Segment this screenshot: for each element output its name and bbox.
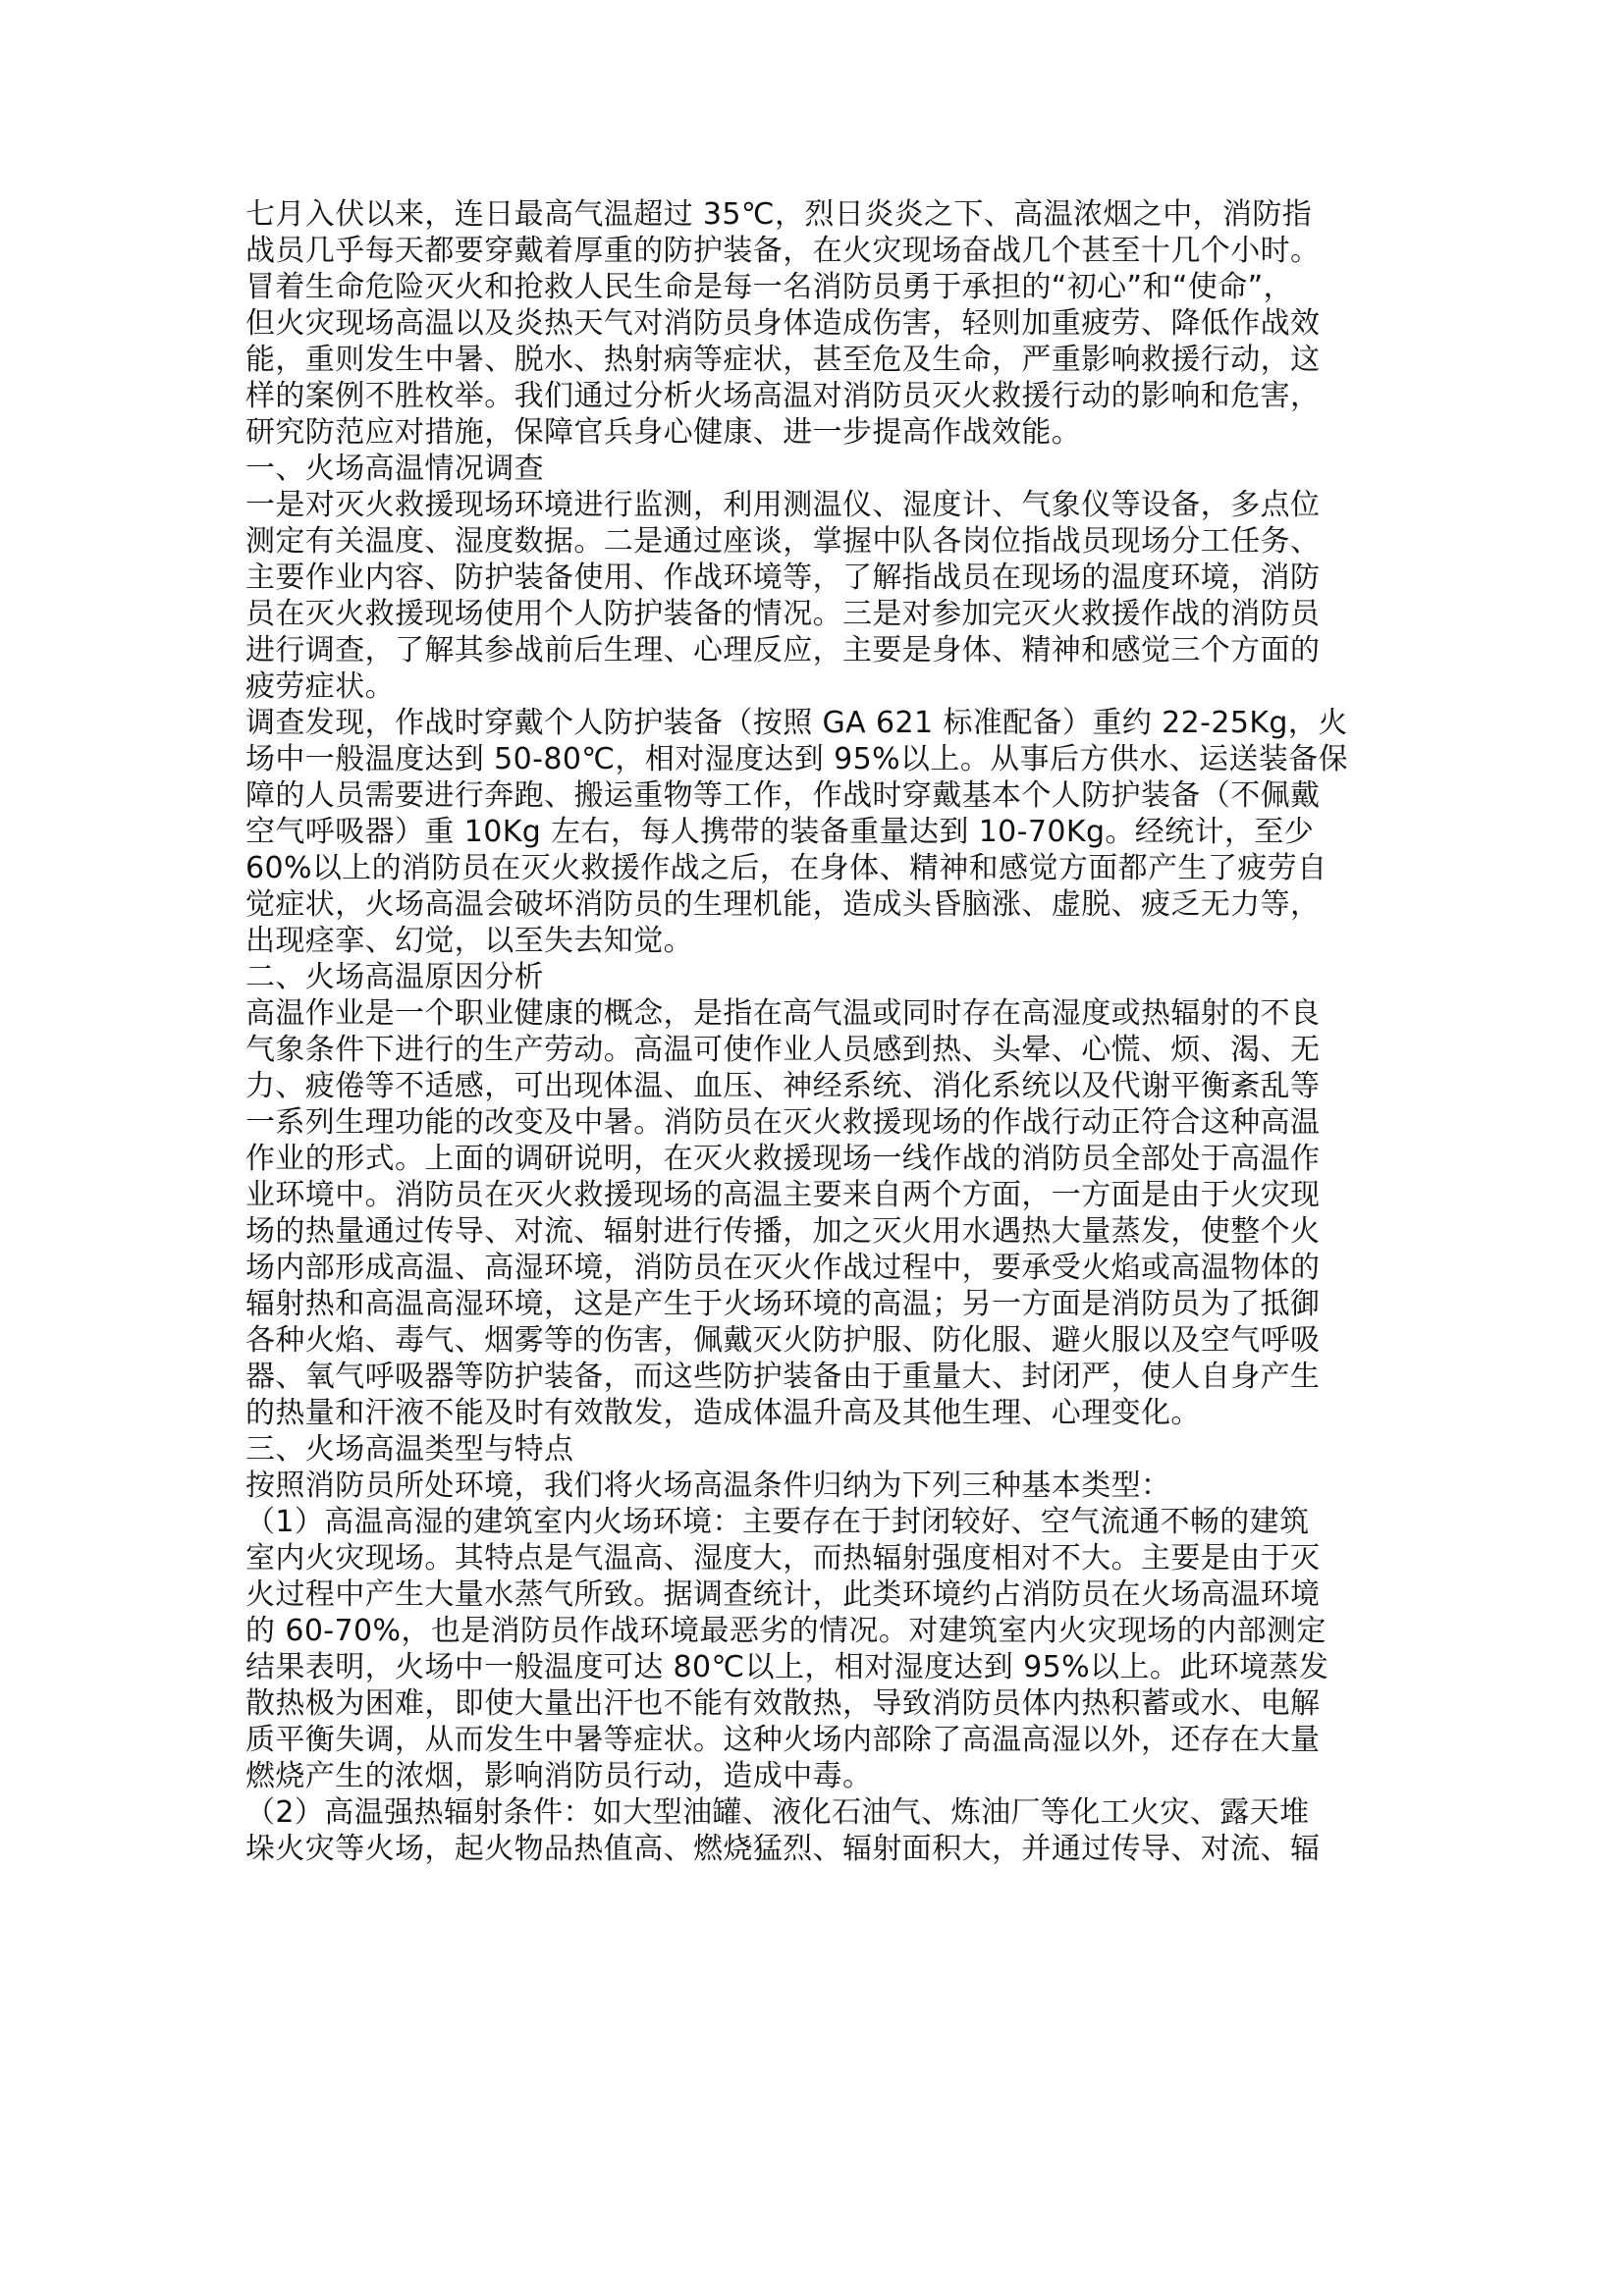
section-heading: 一、火场高温情况调查	[245, 451, 1384, 487]
text-line: 气象条件下进行的生产劳动。高温可使作业人员感到热、头晕、心慌、烦、渴、无	[245, 1032, 1384, 1068]
text-line: （2）高温强热辐射条件：如大型油罐、液化石油气、炼油厂等化工火灾、露天堆	[245, 1794, 1384, 1831]
text-line: 测定有关温度、湿度数据。二是通过座谈，掌握中队各岗位指战员现场分工任务、	[245, 523, 1384, 560]
section-heading: 三、火场高温类型与特点	[245, 1431, 1384, 1468]
text-line: 作业的形式。上面的调研说明，在灭火救援现场一线作战的消防员全部处于高温作	[245, 1141, 1384, 1177]
text-line: 火过程中产生大量水蒸气所致。据调查统计，此类环境约占消防员在火场高温环境	[245, 1576, 1384, 1613]
section-heading: 二、火场高温原因分析	[245, 959, 1384, 995]
text-line: 出现痉挛、幻觉，以至失去知觉。	[245, 923, 1384, 959]
text-line: 能，重则发生中暑、脱水、热射病等症状，甚至危及生命，严重影响救援行动，这	[245, 342, 1384, 378]
text-line: 辐射热和高温高湿环境，这是产生于火场环境的高温；另一方面是消防员为了抵御	[245, 1286, 1384, 1322]
text-line: 垛火灾等火场，起火物品热值高、燃烧猛烈、辐射面积大，并通过传导、对流、辐	[245, 1831, 1384, 1867]
text-line: 高温作业是一个职业健康的概念，是指在高气温或同时存在高湿度或热辐射的不良	[245, 995, 1384, 1032]
text-line: 燃烧产生的浓烟，影响消防员行动，造成中毒。	[245, 1758, 1384, 1794]
text-line: 场内部形成高温、高湿环境，消防员在灭火作战过程中，要承受火焰或高温物体的	[245, 1250, 1384, 1286]
text-line: 按照消防员所处环境，我们将火场高温条件归纳为下列三种基本类型：	[245, 1468, 1384, 1504]
text-line: （1）高温高湿的建筑室内火场环境：主要存在于封闭较好、空气流通不畅的建筑	[245, 1504, 1384, 1540]
text-line: 的 60-70%，也是消防员作战环境最恶劣的情况。对建筑室内火灾现场的内部测定	[245, 1613, 1384, 1649]
text-line: 的热量和汗液不能及时有效散发，造成体温升高及其他生理、心理变化。	[245, 1395, 1384, 1431]
text-line: 进行调查，了解其参战前后生理、心理反应，主要是身体、精神和感觉三个方面的	[245, 632, 1384, 668]
text-line: 散热极为困难，即使大量出汗也不能有效散热，导致消防员体内热积蓄或水、电解	[245, 1685, 1384, 1722]
text-line: 60%以上的消防员在灭火救援作战之后，在身体、精神和感觉方面都产生了疲劳自	[245, 850, 1384, 886]
text-line: 七月入伏以来，连日最高气温超过 35℃，烈日炎炎之下、高温浓烟之中，消防指	[245, 196, 1384, 233]
document-page: 七月入伏以来，连日最高气温超过 35℃，烈日炎炎之下、高温浓烟之中，消防指战员几…	[245, 196, 1384, 1867]
text-line: 主要作业内容、防护装备使用、作战环境等，了解指战员在现场的温度环境，消防	[245, 560, 1384, 596]
text-line: 场的热量通过传导、对流、辐射进行传播，加之灭火用水遇热大量蒸发，使整个火	[245, 1213, 1384, 1250]
text-line: 业环境中。消防员在灭火救援现场的高温主要来自两个方面，一方面是由于火灾现	[245, 1177, 1384, 1213]
text-line: 但火灾现场高温以及炎热天气对消防员身体造成伤害，轻则加重疲劳、降低作战效	[245, 305, 1384, 342]
text-line: 觉症状，火场高温会破坏消防员的生理机能，造成头昏脑涨、虚脱、疲乏无力等，	[245, 886, 1384, 923]
text-line: 场中一般温度达到 50-80℃，相对湿度达到 95%以上。从事后方供水、运送装备…	[245, 741, 1384, 777]
text-line: 结果表明，火场中一般温度可达 80℃以上，相对湿度达到 95%以上。此环境蒸发	[245, 1649, 1384, 1685]
text-line: 各种火焰、毒气、烟雾等的伤害，佩戴灭火防护服、防化服、避火服以及空气呼吸	[245, 1322, 1384, 1359]
text-line: 调查发现，作战时穿戴个人防护装备（按照 GA 621 标准配备）重约 22-25…	[245, 705, 1384, 741]
text-line: 研究防范应对措施，保障官兵身心健康、进一步提高作战效能。	[245, 414, 1384, 451]
text-line: 障的人员需要进行奔跑、搬运重物等工作，作战时穿戴基本个人防护装备（不佩戴	[245, 777, 1384, 814]
text-line: 样的案例不胜枚举。我们通过分析火场高温对消防员灭火救援行动的影响和危害，	[245, 378, 1384, 414]
document-body: 七月入伏以来，连日最高气温超过 35℃，烈日炎炎之下、高温浓烟之中，消防指战员几…	[245, 196, 1384, 1867]
text-line: 一是对灭火救援现场环境进行监测，利用测温仪、湿度计、气象仪等设备，多点位	[245, 487, 1384, 523]
text-line: 疲劳症状。	[245, 668, 1384, 705]
text-line: 一系列生理功能的改变及中暑。消防员在灭火救援现场的作战行动正符合这种高温	[245, 1104, 1384, 1141]
text-line: 力、疲倦等不适感，可出现体温、血压、神经系统、消化系统以及代谢平衡紊乱等	[245, 1068, 1384, 1104]
text-line: 冒着生命危险灭火和抢救人民生命是每一名消防员勇于承担的“初心”和“使命”，	[245, 269, 1384, 305]
text-line: 质平衡失调，从而发生中暑等症状。这种火场内部除了高温高湿以外，还存在大量	[245, 1722, 1384, 1758]
text-line: 器、氧气呼吸器等防护装备，而这些防护装备由于重量大、封闭严，使人自身产生	[245, 1359, 1384, 1395]
text-line: 室内火灾现场。其特点是气温高、湿度大，而热辐射强度相对不大。主要是由于灭	[245, 1540, 1384, 1576]
text-line: 员在灭火救援现场使用个人防护装备的情况。三是对参加完灭火救援作战的消防员	[245, 596, 1384, 632]
text-line: 空气呼吸器）重 10Kg 左右，每人携带的装备重量达到 10-70Kg。经统计，…	[245, 814, 1384, 850]
text-line: 战员几乎每天都要穿戴着厚重的防护装备，在火灾现场奋战几个甚至十几个小时。	[245, 233, 1384, 269]
